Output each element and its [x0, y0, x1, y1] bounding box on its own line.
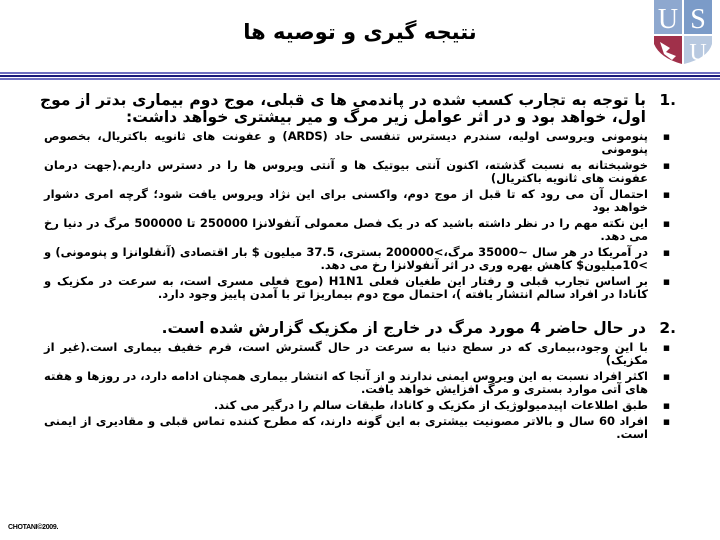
copyright-footer: CHOTANI©2009. — [8, 524, 58, 531]
shield-logo-icon: U S U — [652, 0, 714, 66]
slide-title: نتیجه گیری و توصیه ها — [150, 20, 570, 44]
bullet-icon: ▪ — [663, 246, 670, 259]
list-item: ▪احتمال آن می رود که تا قبل از موج دوم، … — [44, 188, 676, 214]
section-number: 1. — [659, 92, 676, 109]
svg-text:U: U — [689, 40, 706, 66]
title-divider — [0, 72, 720, 80]
section-2-bullets: ▪با این وجود،بیماری که در سطح دنیا به سر… — [40, 341, 676, 441]
bullet-icon: ▪ — [663, 188, 670, 201]
list-item: ▪با این وجود،بیماری که در سطح دنیا به سر… — [44, 341, 676, 367]
bullet-icon: ▪ — [663, 415, 670, 428]
bullet-icon: ▪ — [663, 130, 670, 143]
section-2-heading: 2. در حال حاضر 4 مورد مرگ در خارج از مکز… — [40, 320, 676, 337]
section-1-bullets: ▪پنومونی ویروسی اولیه، سندرم دیسترس تنفس… — [40, 130, 676, 301]
section-number: 2. — [659, 320, 676, 337]
svg-text:U: U — [658, 4, 678, 35]
list-item: ▪افراد 60 سال و بالاتر مصونیت بیشتری به … — [44, 415, 676, 441]
section-1-heading: 1. با توجه به تجارب کسب شده در پاندمی ها… — [40, 92, 676, 126]
list-item: ▪این نکته مهم را در نظر داشته باشید که د… — [44, 217, 676, 243]
bullet-icon: ▪ — [663, 275, 670, 288]
bullet-icon: ▪ — [663, 341, 670, 354]
slide-content: 1. با توجه به تجارب کسب شده در پاندمی ها… — [40, 92, 676, 444]
university-logo: U S U — [652, 0, 714, 66]
bullet-icon: ▪ — [663, 370, 670, 383]
list-item: ▪بر اساس تجارب قبلی و رفتار این طغیان فع… — [44, 275, 676, 301]
bullet-icon: ▪ — [663, 399, 670, 412]
bullet-icon: ▪ — [663, 159, 670, 172]
svg-text:S: S — [690, 4, 706, 35]
list-item: ▪اکثر افراد نسبت به این ویروس ایمنی ندار… — [44, 370, 676, 396]
list-item: ▪در آمریکا در هر سال ~35000 مرگ،>200000 … — [44, 246, 676, 272]
list-item: ▪طبق اطلاعات اپیدمیولوژیک از مکزیک و کان… — [44, 399, 676, 412]
list-item: ▪پنومونی ویروسی اولیه، سندرم دیسترس تنفس… — [44, 130, 676, 156]
bullet-icon: ▪ — [663, 217, 670, 230]
list-item: ▪خوشبختانه به نسبت گذشته، اکنون آنتی بیو… — [44, 159, 676, 185]
